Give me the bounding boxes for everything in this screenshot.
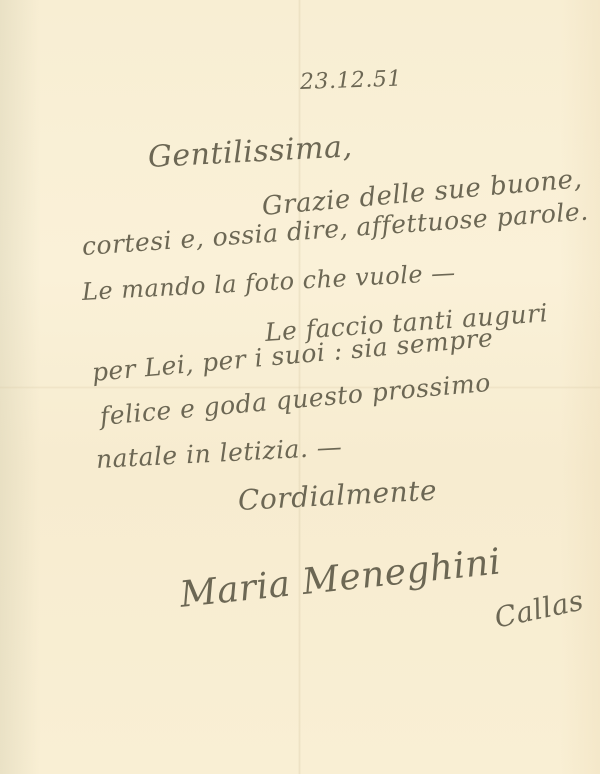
letter-date: 23.12.51 <box>300 66 403 95</box>
